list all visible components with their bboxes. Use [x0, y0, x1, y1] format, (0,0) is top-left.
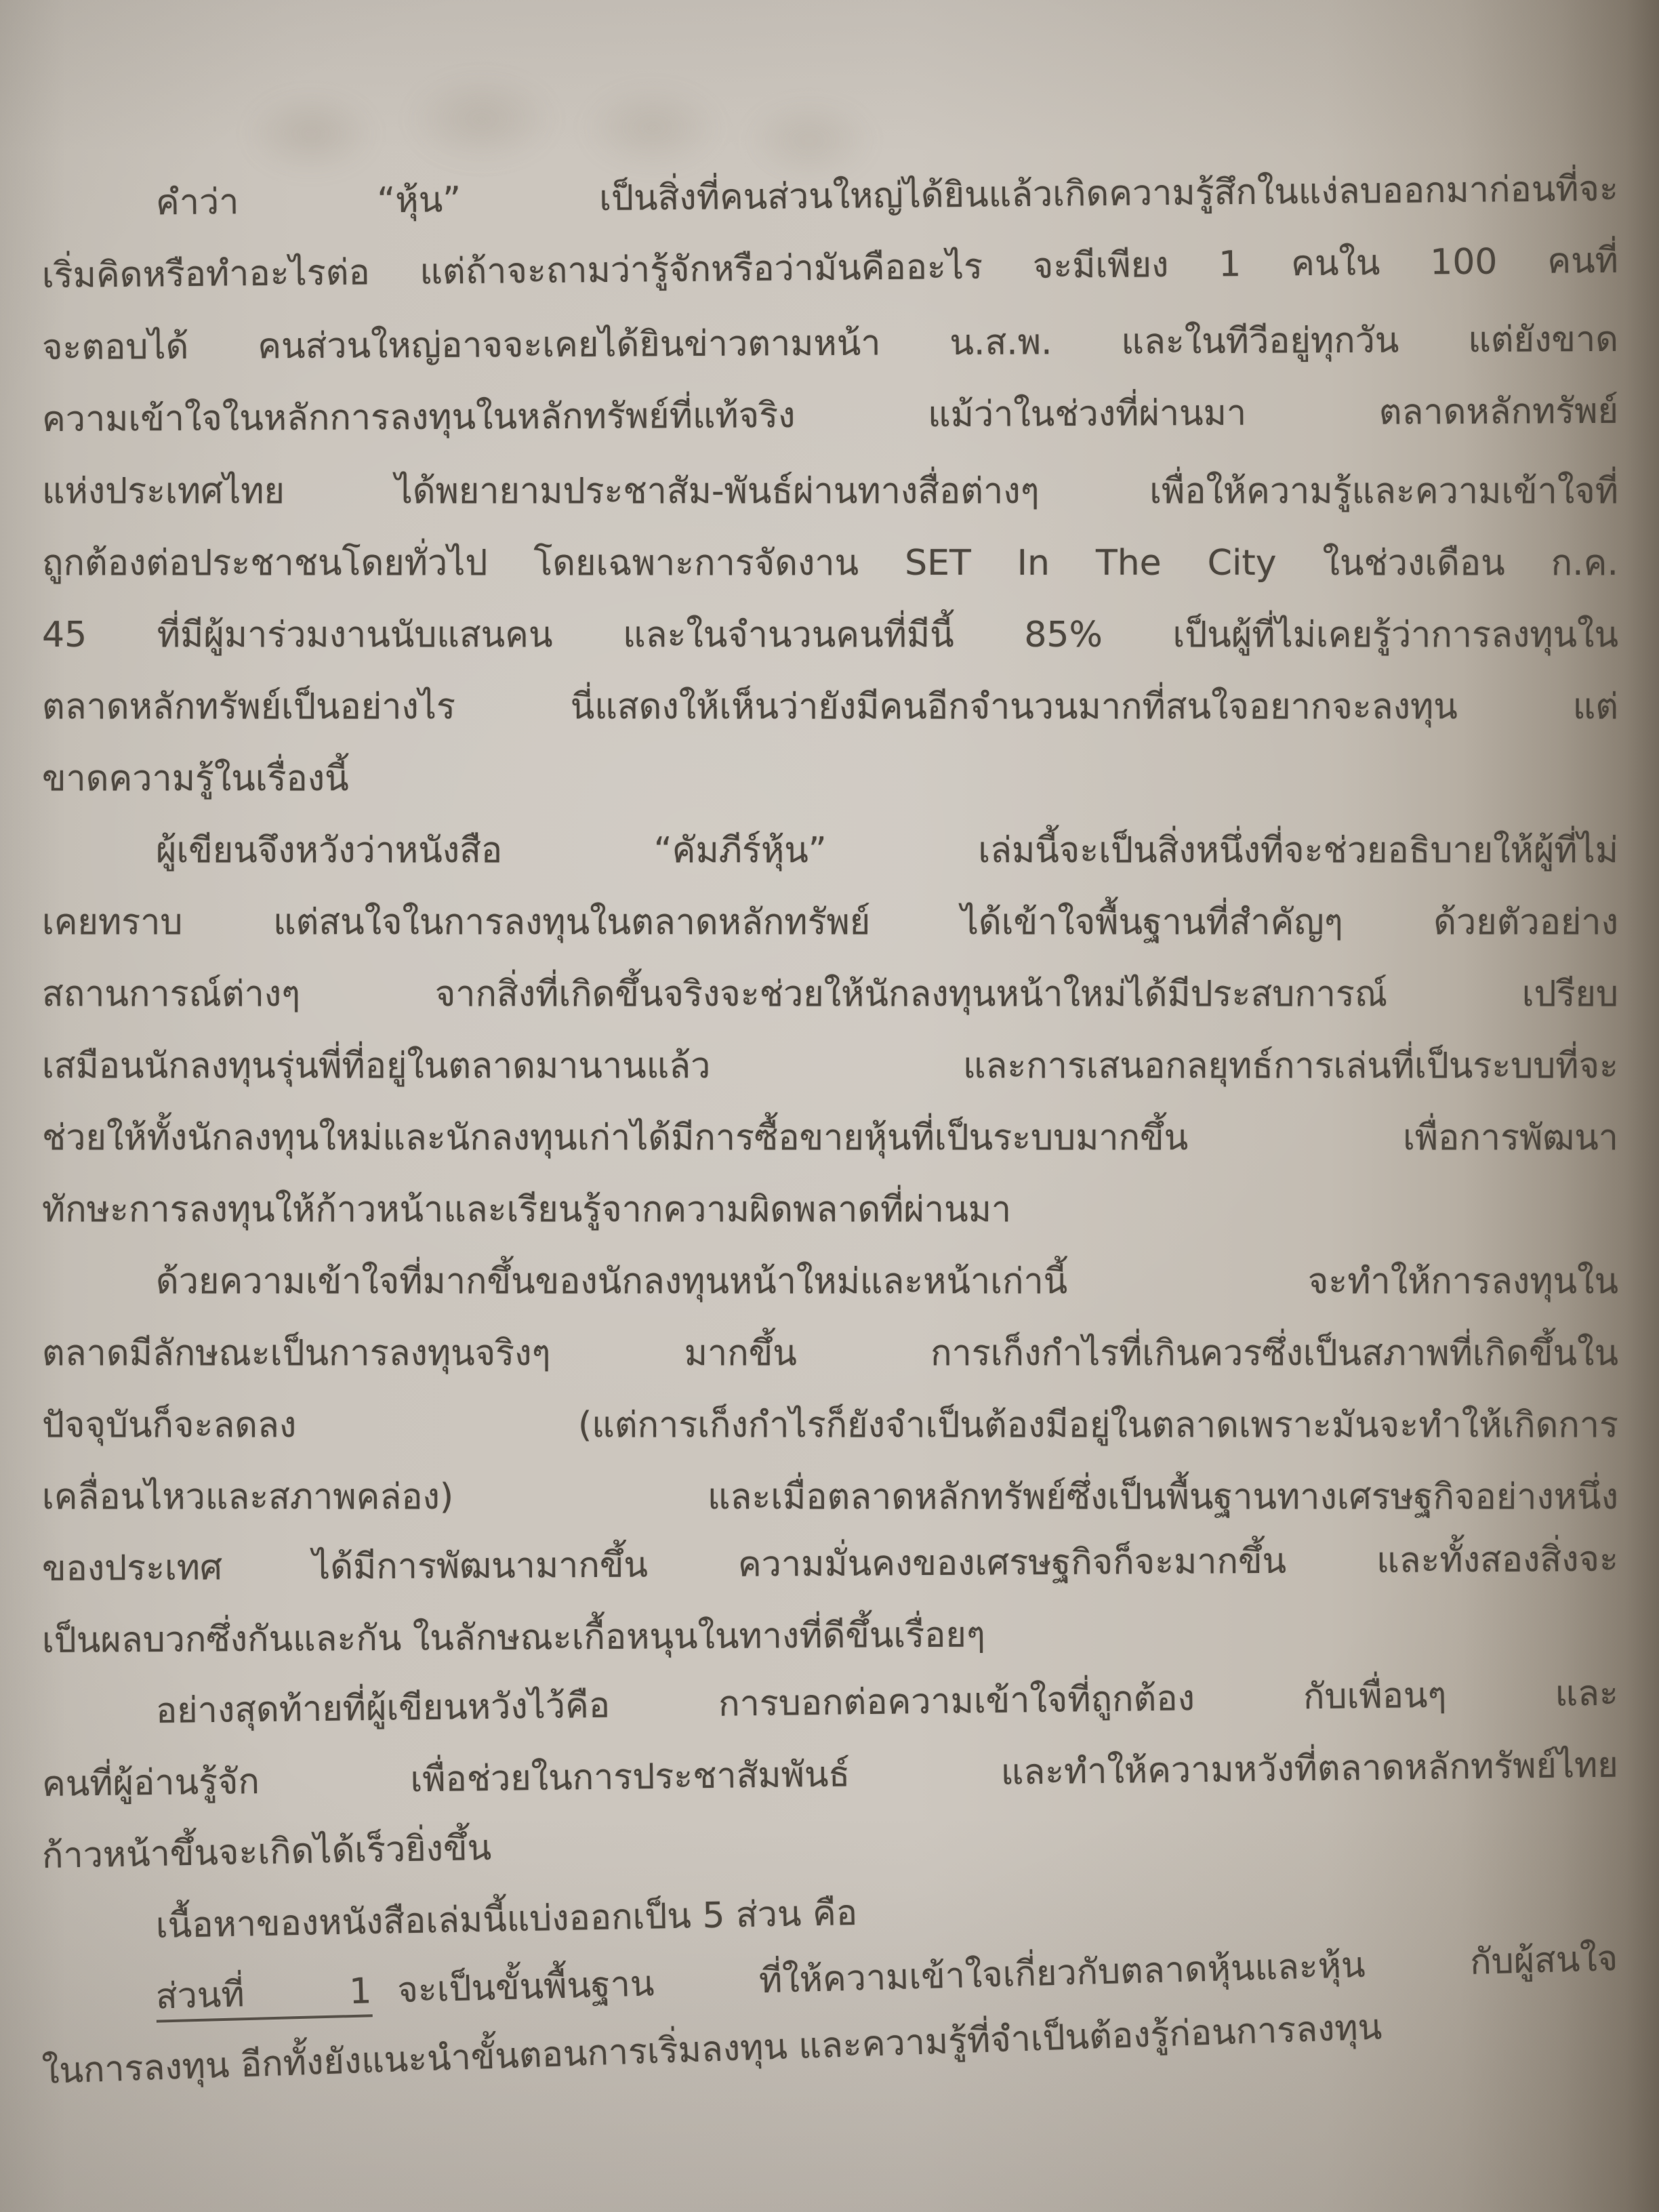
- paragraph-line: ความเข้าใจในหลักการลงทุนในหลักทรัพย์ที่แ…: [42, 375, 1619, 455]
- paragraph-line: สถานการณ์ต่างๆ จากสิ่งที่เกิดขึ้นจริงจะช…: [42, 958, 1618, 1030]
- paragraph-line: เริ่มคิดหรือทำอะไรต่อ แต่ถ้าจะถามว่ารู้จ…: [41, 225, 1618, 312]
- paragraph-line: 45 ที่มีผู้มาร่วมงานนับแสนคน และในจำนวนค…: [42, 599, 1618, 671]
- paragraph-line: เสมือนนักลงทุนรุ่นพี่ที่อยู่ในตลาดมานานแ…: [42, 1030, 1618, 1102]
- paragraph-line: ตลาดหลักทรัพย์เป็นอย่างไร นี่แสดงให้เห็น…: [42, 671, 1618, 743]
- paragraph-line: ปัจจุบันก็จะลดลง (แต่การเก็งกำไรก็ยังจำเ…: [42, 1389, 1618, 1461]
- book-page-photo: คำว่า “หุ้น” เป็นสิ่งที่คนส่วนใหญ่ได้ยิน…: [0, 0, 1659, 2212]
- paragraph-line: ด้วยความเข้าใจที่มากขึ้นของนักลงทุนหน้าใ…: [42, 1246, 1618, 1317]
- paragraph-line: ช่วยให้ทั้งนักลงทุนใหม่และนักลงทุนเก่าได…: [42, 1102, 1618, 1174]
- paragraph-line: จะตอบได้ คนส่วนใหญ่อาจจะเคยได้ยินข่าวตาม…: [42, 304, 1619, 384]
- page-text: คำว่า “หุ้น” เป็นสิ่งที่คนส่วนใหญ่ได้ยิน…: [42, 168, 1618, 2108]
- paragraph-line: ถูกต้องต่อประชาชนโดยทั่วไป โดยเฉพาะการจั…: [42, 527, 1618, 599]
- paragraph-line: เคยทราบ แต่สนใจในการลงทุนในตลาดหลักทรัพย…: [42, 886, 1618, 958]
- paragraph-line: ผู้เขียนจึงหวังว่าหนังสือ “คัมภีร์หุ้น” …: [42, 815, 1618, 886]
- paragraph-line: เคลื่อนไหวและสภาพคล่อง) และเมื่อตลาดหลัก…: [42, 1461, 1618, 1533]
- paragraph-line: ตลาดมีลักษณะเป็นการลงทุนจริงๆ มากขึ้น กา…: [42, 1317, 1618, 1389]
- paragraph-line: ของประเทศ ได้มีการพัฒนามากขึ้น ความมั่นค…: [42, 1523, 1619, 1605]
- section-1-label: ส่วนที่ 1: [155, 1971, 372, 2022]
